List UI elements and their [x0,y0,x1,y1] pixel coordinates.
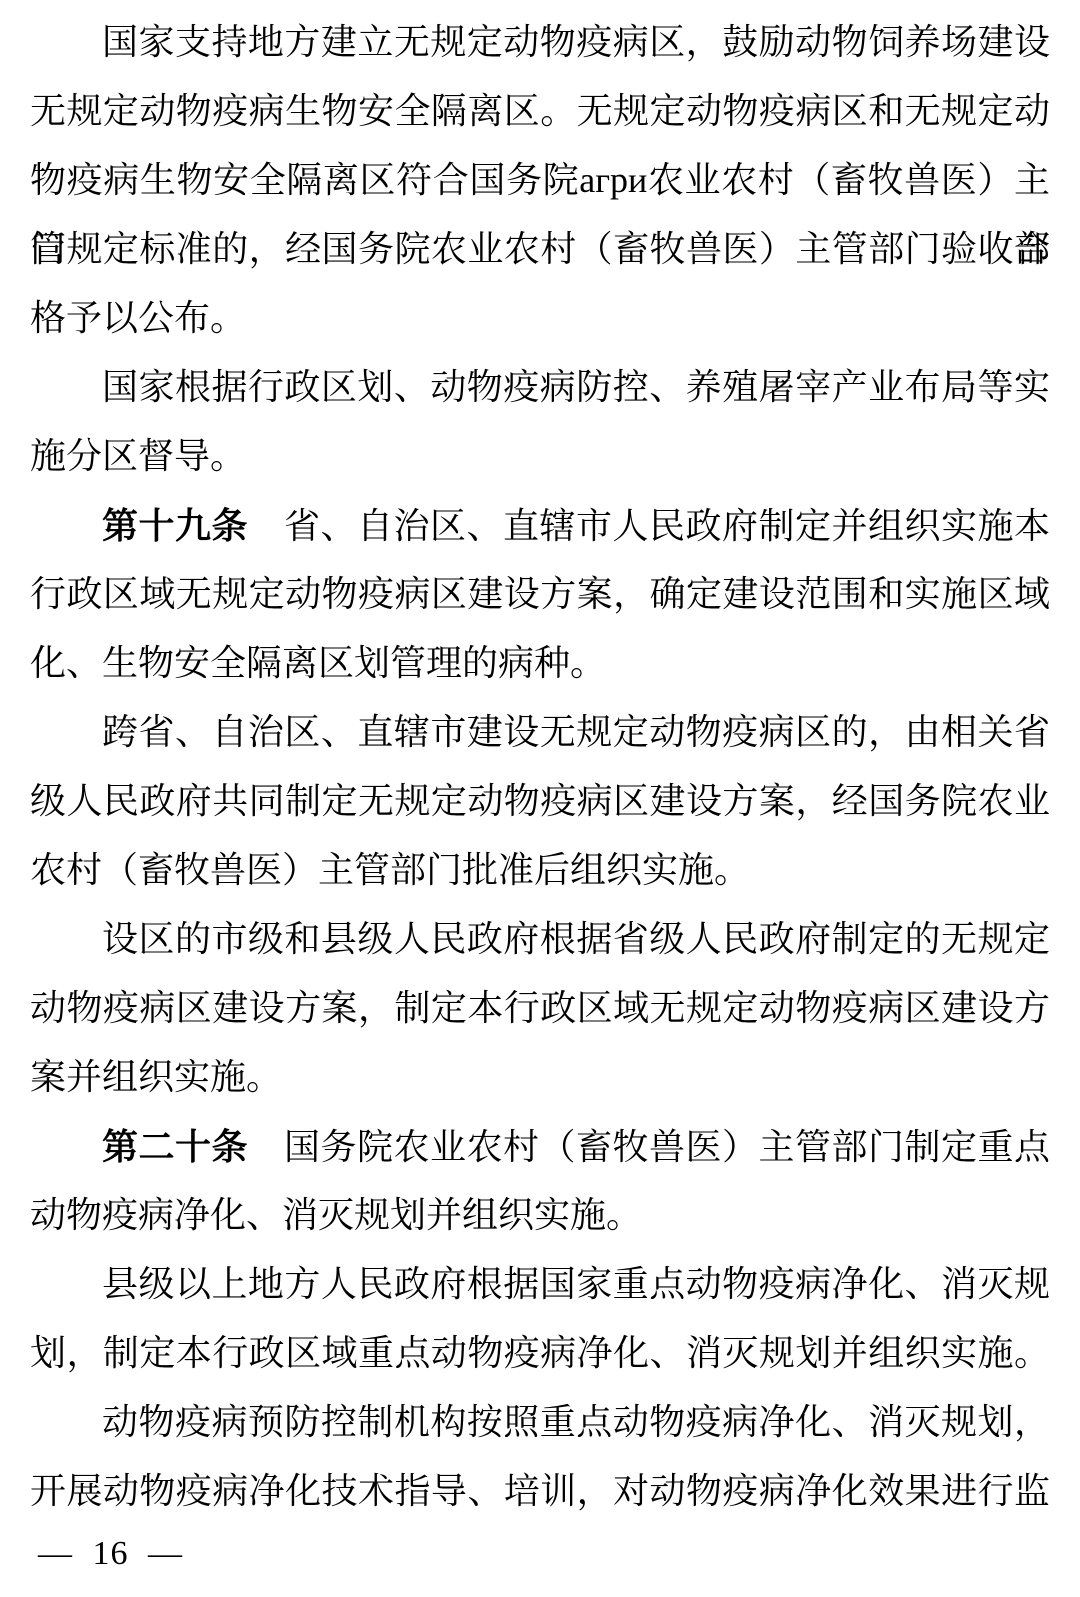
text-line: 门规定标准的，经国务院农业农村（畜牧兽医）主管部门验收合 [30,215,1050,284]
line-text: 级人民政府共同制定无规定动物疫病区建设方案，经国务院农业 [30,781,1050,821]
line-text: 划，制定本行政区域重点动物疫病净化、消灭规划并组织实施。 [30,1333,1050,1373]
text-line: 行政区域无规定动物疫病区建设方案，确定建设范围和实施区域 [30,560,1050,629]
line-text: 县级以上地方人民政府根据国家重点动物疫病净化、消灭规 [102,1264,1050,1304]
line-text: 动物疫病净化、消灭规划并组织实施。 [30,1195,642,1235]
text-line: 跨省、自治区、直辖市建设无规定动物疫病区的，由相关省 [30,698,1050,767]
line-text: 案并组织实施。 [30,1057,282,1097]
text-line: 国家根据行政区划、动物疫病防控、养殖屠宰产业布局等实 [30,353,1050,422]
line-text: 施分区督导。 [30,436,246,476]
text-line: 动物疫病区建设方案，制定本行政区域无规定动物疫病区建设方 [30,974,1050,1043]
line-text: 化、生物安全隔离区划管理的病种。 [30,643,606,683]
text-line: 农村（畜牧兽医）主管部门批准后组织实施。 [30,836,1050,905]
text-line: 第二十条国务院农业农村（畜牧兽医）主管部门制定重点 [30,1112,1050,1181]
line-text: 省、自治区、直辖市人民政府制定并组织实施本 [284,506,1050,546]
text-line: 化、生物安全隔离区划管理的病种。 [30,629,1050,698]
line-text: 开展动物疫病净化技术指导、培训，对动物疫病净化效果进行监 [30,1471,1050,1511]
line-text: 国家根据行政区划、动物疫病防控、养殖屠宰产业布局等实 [102,367,1050,407]
line-text: 国家支持地方建立无规定动物疫病区，鼓励动物饲养场建设 [102,22,1050,62]
text-line: 施分区督导。 [30,422,1050,491]
line-text: 无规定动物疫病生物安全隔离区。无规定动物疫病区和无规定动 [30,91,1050,131]
line-text: 格予以公布。 [30,298,246,338]
line-text: 国务院农业农村（畜牧兽医）主管部门制定重点 [284,1127,1050,1167]
text-line: 开展动物疫病净化技术指导、培训，对动物疫病净化效果进行监 [30,1457,1050,1526]
text-line: 动物疫病净化、消灭规划并组织实施。 [30,1181,1050,1250]
article-number: 第十九条 [102,505,248,546]
document-page: 国家支持地方建立无规定动物疫病区，鼓励动物饲养场建设 无规定动物疫病生物安全隔离… [30,8,1050,1526]
text-line: 第十九条省、自治区、直辖市人民政府制定并组织实施本 [30,491,1050,560]
line-text: 动物疫病区建设方案，制定本行政区域无规定动物疫病区建设方 [30,988,1050,1028]
text-line: 划，制定本行政区域重点动物疫病净化、消灭规划并组织实施。 [30,1319,1050,1388]
text-line: 国家支持地方建立无规定动物疫病区，鼓励动物饲养场建设 [30,8,1050,77]
text-line: 动物疫病预防控制机构按照重点动物疫病净化、消灭规划， [30,1388,1050,1457]
text-line: 物疫病生物安全隔离区符合国务院агри农业农村（畜牧兽医）主管部 [30,146,1050,215]
text-line: 无规定动物疫病生物安全隔离区。无规定动物疫病区和无规定动 [30,77,1050,146]
text-line: 级人民政府共同制定无规定动物疫病区建设方案，经国务院农业 [30,767,1050,836]
line-text: 跨省、自治区、直辖市建设无规定动物疫病区的，由相关省 [102,712,1050,752]
line-text: 农村（畜牧兽医）主管部门批准后组织实施。 [30,850,750,890]
line-text: 行政区域无规定动物疫病区建设方案，确定建设范围和实施区域 [30,574,1050,614]
line-text: 门规定标准的，经国务院农业农村（畜牧兽医）主管部门验收合 [30,229,1050,269]
text-line: 设区的市级和县级人民政府根据省级人民政府制定的无规定 [30,905,1050,974]
text-line: 县级以上地方人民政府根据国家重点动物疫病净化、消灭规 [30,1250,1050,1319]
page-number: — 16 — [38,1534,183,1574]
article-number: 第二十条 [102,1126,248,1167]
text-line: 案并组织实施。 [30,1043,1050,1112]
line-text: 设区的市级和县级人民政府根据省级人民政府制定的无规定 [102,919,1050,959]
text-line: 格予以公布。 [30,284,1050,353]
line-text: 动物疫病预防控制机构按照重点动物疫病净化、消灭规划， [102,1402,1050,1442]
